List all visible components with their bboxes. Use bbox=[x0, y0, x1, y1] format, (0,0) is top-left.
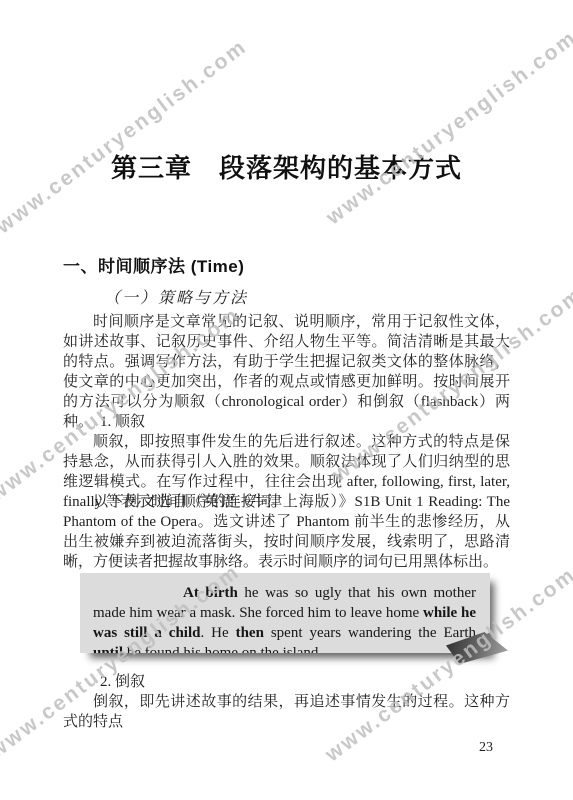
list-item-daoxu: 2. 倒叙 bbox=[100, 672, 145, 692]
subsection-heading: （一）策略与方法 bbox=[104, 285, 248, 308]
chapter-title: 第三章 段落架构的基本方式 bbox=[0, 148, 573, 185]
watermark-text: www.centuryenglish.com bbox=[0, 35, 252, 239]
quote-bold-segment: then bbox=[236, 625, 264, 641]
quote-segment: . He bbox=[200, 625, 235, 641]
page-number: 23 bbox=[63, 740, 493, 756]
list-item-shunxu: 1. 顺叙 bbox=[100, 412, 145, 432]
quote-text: At birth he was so ugly that his own mot… bbox=[80, 573, 490, 663]
quote-box-surface: At birth he was so ugly that his own mot… bbox=[80, 573, 490, 653]
section-heading: 一、时间顺序法 (Time) bbox=[63, 252, 244, 277]
quote-segment: he was so ugly that his own mother made … bbox=[93, 585, 476, 621]
paragraph-daoxu: 倒叙，即先讲述故事的结果，再追述事情发生的过程。这种方式的特点 bbox=[63, 692, 510, 732]
watermark-text: www.centuryenglish.com bbox=[322, 26, 573, 230]
book-page: www.centuryenglish.comwww.centuryenglish… bbox=[0, 0, 573, 800]
quote-segment: spent years wandering the Earth bbox=[264, 625, 476, 641]
quote-box: At birth he was so ugly that his own mot… bbox=[80, 573, 490, 653]
paragraph-example-intro: 以下例文选自《英语（牛津上海版）》S1B Unit 1 Reading: The… bbox=[63, 492, 510, 572]
quote-bold-segment: At birth bbox=[183, 585, 238, 601]
